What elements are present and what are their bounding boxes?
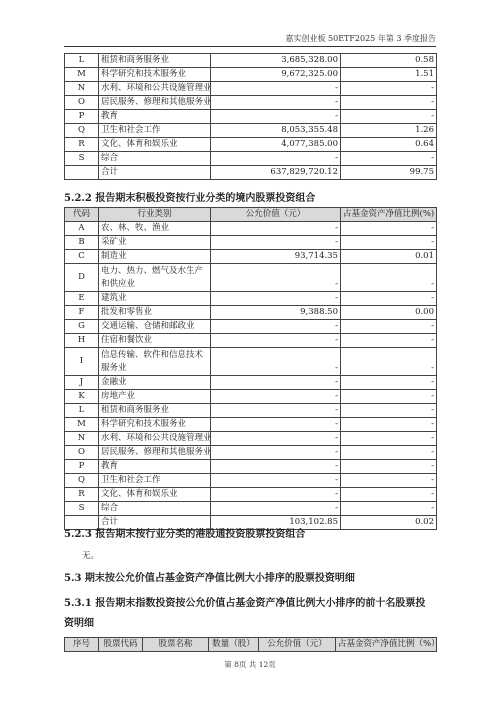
fair-value: - <box>211 222 341 236</box>
total-label: 合计 <box>99 166 211 180</box>
header-nav-ratio: 占基金资产净值比例(%) <box>341 208 437 222</box>
industry-name: 水利、环境和公共设施管理业 <box>99 82 211 96</box>
fair-value: - <box>211 390 341 404</box>
fair-value: - <box>211 418 341 432</box>
table-row: E建筑业-- <box>65 292 437 306</box>
fair-value: - <box>211 264 341 292</box>
nav-ratio: - <box>341 474 437 488</box>
table-row: C制造业93,714.350.01 <box>65 250 437 264</box>
header-stock-name: 股票名称 <box>143 638 209 652</box>
nav-ratio: - <box>341 110 437 124</box>
fair-value: - <box>211 432 341 446</box>
industry-code: Q <box>65 124 99 138</box>
industry-code: N <box>65 432 99 446</box>
table-row: P教育-- <box>65 110 437 124</box>
industry-code: B <box>65 236 99 250</box>
fair-value: - <box>211 152 341 166</box>
industry-name: 卫生和社会工作 <box>99 474 211 488</box>
fair-value: - <box>211 110 341 124</box>
table-row: L租赁和商务服务业-- <box>65 404 437 418</box>
table-row: Q卫生和社会工作-- <box>65 474 437 488</box>
industry-name: 教育 <box>99 110 211 124</box>
table-row: N水利、环境和公共设施管理业-- <box>65 432 437 446</box>
section-heading-5-3-1: 5.3.1 报告期末指数投资按公允价值占基金资产净值比例大小排序的前十名股票投 <box>64 597 425 611</box>
table-row: M科学研究和技术服务业9,672,325.001.51 <box>65 68 437 82</box>
header-quantity: 数量（股） <box>209 638 259 652</box>
nav-ratio: - <box>341 418 437 432</box>
nav-ratio: - <box>341 236 437 250</box>
fair-value: 3,685,328.00 <box>211 54 341 68</box>
header-nav-ratio: 占基金资产净值比例（%） <box>336 638 437 652</box>
header-fair-value: 公允价值（元） <box>211 208 341 222</box>
fair-value: - <box>211 460 341 474</box>
industry-name: 综合 <box>99 502 211 516</box>
table-row: R文化、体育和娱乐业4,077,385.000.64 <box>65 138 437 152</box>
nav-ratio: 1.51 <box>341 68 437 82</box>
industry-code: P <box>65 110 99 124</box>
header-stock-code: 股票代码 <box>99 638 143 652</box>
page-footer: 第 8页 共 12页 <box>0 659 500 670</box>
table-row: K房地产业-- <box>65 390 437 404</box>
table-row: I信息传输、软件和信息技术服务业-- <box>65 348 437 376</box>
fair-value: - <box>211 446 341 460</box>
table-row: P教育-- <box>65 460 437 474</box>
fair-value: 93,714.35 <box>211 250 341 264</box>
industry-code: M <box>65 418 99 432</box>
industry-name: 租赁和商务服务业 <box>99 404 211 418</box>
nav-ratio: - <box>341 264 437 292</box>
table-row: H住宿和餐饮业-- <box>65 334 437 348</box>
fair-value: - <box>211 334 341 348</box>
industry-code: Q <box>65 474 99 488</box>
fair-value: - <box>211 82 341 96</box>
table-row: A农、林、牧、渔业-- <box>65 222 437 236</box>
industry-name: 金融业 <box>99 376 211 390</box>
nav-ratio: - <box>341 446 437 460</box>
industry-name: 住宿和餐饮业 <box>99 334 211 348</box>
section-heading-5-3: 5.3 期末按公允价值占基金资产净值比例大小排序的股票投资明细 <box>64 572 355 586</box>
industry-name: 科学研究和技术服务业 <box>99 418 211 432</box>
nav-ratio: 0.64 <box>341 138 437 152</box>
page-header: 嘉实创业板 50ETF2025 年第 3 季度报告 <box>64 34 436 47</box>
fair-value: - <box>211 320 341 334</box>
industry-code: G <box>65 320 99 334</box>
total-nav-ratio: 99.75 <box>341 166 437 180</box>
industry-code: R <box>65 488 99 502</box>
industry-table-index: L租赁和商务服务业3,685,328.000.58 M科学研究和技术服务业9,6… <box>64 53 437 180</box>
industry-code: I <box>65 348 99 376</box>
table-row: L租赁和商务服务业3,685,328.000.58 <box>65 54 437 68</box>
industry-code: R <box>65 138 99 152</box>
table-row: B采矿业-- <box>65 236 437 250</box>
table-row: G交通运输、仓储和邮政业-- <box>65 320 437 334</box>
top-ten-stocks-table: 序号 股票代码 股票名称 数量（股） 公允价值（元） 占基金资产净值比例（%） <box>64 637 437 652</box>
industry-code: N <box>65 82 99 96</box>
nav-ratio: - <box>341 348 437 376</box>
industry-code: D <box>65 264 99 292</box>
table-row: O居民服务、修理和其他服务业-- <box>65 96 437 110</box>
fair-value: - <box>211 404 341 418</box>
fair-value: - <box>211 376 341 390</box>
nav-ratio: - <box>341 152 437 166</box>
fair-value: 8,053,355.48 <box>211 124 341 138</box>
table-row: N水利、环境和公共设施管理业-- <box>65 82 437 96</box>
table-row: Q卫生和社会工作8,053,355.481.26 <box>65 124 437 138</box>
industry-code: L <box>65 404 99 418</box>
table-row: O居民服务、修理和其他服务业-- <box>65 446 437 460</box>
industry-name: 房地产业 <box>99 390 211 404</box>
table-header-row: 代码 行业类别 公允价值（元） 占基金资产净值比例(%) <box>65 208 437 222</box>
industry-code: A <box>65 222 99 236</box>
report-title: 嘉实创业板 50ETF2025 年第 3 季度报告 <box>285 34 436 43</box>
table-header-row: 序号 股票代码 股票名称 数量（股） 公允价值（元） 占基金资产净值比例（%） <box>65 638 437 652</box>
industry-name: 教育 <box>99 460 211 474</box>
industry-code: O <box>65 446 99 460</box>
industry-code: C <box>65 250 99 264</box>
industry-name: 制造业 <box>99 250 211 264</box>
nav-ratio: 0.58 <box>341 54 437 68</box>
table-row: M科学研究和技术服务业-- <box>65 418 437 432</box>
industry-code: L <box>65 54 99 68</box>
section-heading-5-2-3: 5.2.3 报告期末按行业分类的港股通投资股票投资组合 <box>64 528 305 542</box>
fair-value: 9,388.50 <box>211 306 341 320</box>
industry-code: M <box>65 68 99 82</box>
industry-code: S <box>65 502 99 516</box>
table-row: S综合-- <box>65 152 437 166</box>
total-nav-ratio: 0.02 <box>341 516 437 530</box>
nav-ratio: - <box>341 390 437 404</box>
industry-code: P <box>65 460 99 474</box>
table-row: R文化、体育和娱乐业-- <box>65 488 437 502</box>
page-number: 第 8页 共 12页 <box>224 660 275 669</box>
industry-name: 电力、热力、燃气及水生产和供应业 <box>99 264 211 292</box>
fair-value: - <box>211 236 341 250</box>
industry-name: 采矿业 <box>99 236 211 250</box>
header-industry: 行业类别 <box>99 208 211 222</box>
total-row: 合计637,829,720.1299.75 <box>65 166 437 180</box>
table-row: S综合-- <box>65 502 437 516</box>
nav-ratio: - <box>341 460 437 474</box>
nav-ratio: 0.00 <box>341 306 437 320</box>
industry-name: 批发和零售业 <box>99 306 211 320</box>
industry-code: K <box>65 390 99 404</box>
industry-name: 交通运输、仓储和邮政业 <box>99 320 211 334</box>
industry-name: 文化、体育和娱乐业 <box>99 138 211 152</box>
nav-ratio: - <box>341 96 437 110</box>
industry-name: 建筑业 <box>99 292 211 306</box>
nav-ratio: - <box>341 222 437 236</box>
fair-value: - <box>211 502 341 516</box>
nav-ratio: - <box>341 488 437 502</box>
table-row: J金融业-- <box>65 376 437 390</box>
section-heading-5-3-1-cont: 资明细 <box>64 617 94 631</box>
nav-ratio: - <box>341 82 437 96</box>
nav-ratio: 1.26 <box>341 124 437 138</box>
section-heading-5-2-2: 5.2.2 报告期末积极投资按行业分类的境内股票投资组合 <box>64 192 315 206</box>
industry-code: J <box>65 376 99 390</box>
industry-table-active: 代码 行业类别 公允价值（元） 占基金资产净值比例(%) A农、林、牧、渔业--… <box>64 207 437 530</box>
industry-code: F <box>65 306 99 320</box>
industry-name: 居民服务、修理和其他服务业 <box>99 96 211 110</box>
industry-name: 卫生和社会工作 <box>99 124 211 138</box>
section-body-none: 无。 <box>82 549 99 561</box>
fair-value: - <box>211 488 341 502</box>
industry-name: 科学研究和技术服务业 <box>99 68 211 82</box>
industry-code: O <box>65 96 99 110</box>
header-seq: 序号 <box>65 638 99 652</box>
fair-value: - <box>211 474 341 488</box>
fair-value: 4,077,385.00 <box>211 138 341 152</box>
industry-code: S <box>65 152 99 166</box>
industry-name: 信息传输、软件和信息技术服务业 <box>99 348 211 376</box>
industry-code <box>65 166 99 180</box>
industry-name: 水利、环境和公共设施管理业 <box>99 432 211 446</box>
industry-name: 租赁和商务服务业 <box>99 54 211 68</box>
total-fair-value: 637,829,720.12 <box>211 166 341 180</box>
fair-value: - <box>211 96 341 110</box>
header-fair-value: 公允价值（元） <box>259 638 336 652</box>
nav-ratio: - <box>341 502 437 516</box>
industry-code: E <box>65 292 99 306</box>
table-row: D电力、热力、燃气及水生产和供应业-- <box>65 264 437 292</box>
fair-value: 9,672,325.00 <box>211 68 341 82</box>
nav-ratio: - <box>341 334 437 348</box>
fair-value: - <box>211 348 341 376</box>
industry-name: 农、林、牧、渔业 <box>99 222 211 236</box>
nav-ratio: - <box>341 292 437 306</box>
industry-name: 综合 <box>99 152 211 166</box>
nav-ratio: - <box>341 320 437 334</box>
nav-ratio: 0.01 <box>341 250 437 264</box>
header-code: 代码 <box>65 208 99 222</box>
industry-name: 居民服务、修理和其他服务业 <box>99 446 211 460</box>
industry-name: 文化、体育和娱乐业 <box>99 488 211 502</box>
nav-ratio: - <box>341 376 437 390</box>
nav-ratio: - <box>341 432 437 446</box>
nav-ratio: - <box>341 404 437 418</box>
fair-value: - <box>211 292 341 306</box>
table-row: F批发和零售业9,388.500.00 <box>65 306 437 320</box>
industry-code: H <box>65 334 99 348</box>
